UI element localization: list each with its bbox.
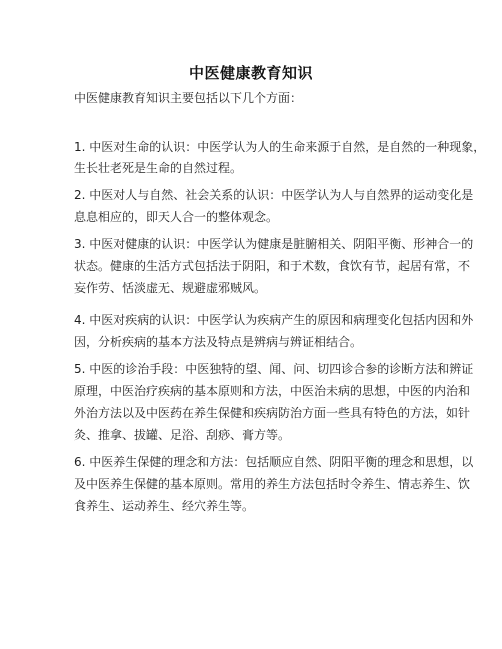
intro-paragraph: 中医健康教育知识主要包括以下几个方面： [74, 91, 302, 105]
body-text-line: 生长壮老死是生命的自然过程。 [74, 161, 242, 175]
body-text-line: 1. 中医对生命的认识：中医学认为人的生命来源于自然，是自然的一种现象， [74, 140, 485, 154]
body-text-line: 4. 中医对疾病的认识：中医学认为疾病产生的原因和病理变化包括内因和外 [74, 313, 473, 327]
body-text-line: 3. 中医对健康的认识：中医学认为健康是脏腑相关、阴阳平衡、形神合一的 [74, 237, 473, 251]
body-text-line: 外治方法以及中医药在养生保健和疾病防治方面一些具有特色的方法，如针 [74, 406, 470, 420]
document-page: 中医健康教育知识 中医健康教育知识主要包括以下几个方面： 1. 中医对生命的认识… [0, 0, 502, 649]
body-text-line: 5. 中医的诊治手段：中医独特的望、闻、问、切四诊合参的诊断方法和辨证 [74, 362, 473, 376]
body-text-line: 息息相应的，即天人合一的整体观念。 [74, 210, 278, 224]
document-title: 中医健康教育知识 [0, 62, 502, 83]
body-text-line: 灸、推拿、拔罐、足浴、刮痧、膏方等。 [74, 428, 290, 442]
body-text-line: 因，分析疾病的基本方法及特点是辨病与辨证相结合。 [74, 335, 362, 349]
body-text-line: 原理，中医治疗疾病的基本原则和方法，中医治未病的思想，中医的内治和 [74, 384, 470, 398]
body-text-line: 妄作劳、恬淡虚无、规避虚邪贼风。 [74, 281, 266, 295]
body-text-line: 食养生、运动养生、经穴养生等。 [74, 499, 254, 513]
body-text-line: 及中医养生保健的基本原则。常用的养生方法包括时令养生、情志养生、饮 [74, 477, 470, 491]
body-text-line: 6. 中医养生保健的理念和方法：包括顺应自然、阴阳平衡的理念和思想，以 [74, 455, 473, 469]
body-text-line: 状态。健康的生活方式包括法于阴阳，和于术数，食饮有节，起居有常，不 [74, 259, 470, 273]
body-text-line: 2. 中医对人与自然、社会关系的认识：中医学认为人与自然界的运动变化是 [74, 188, 473, 202]
